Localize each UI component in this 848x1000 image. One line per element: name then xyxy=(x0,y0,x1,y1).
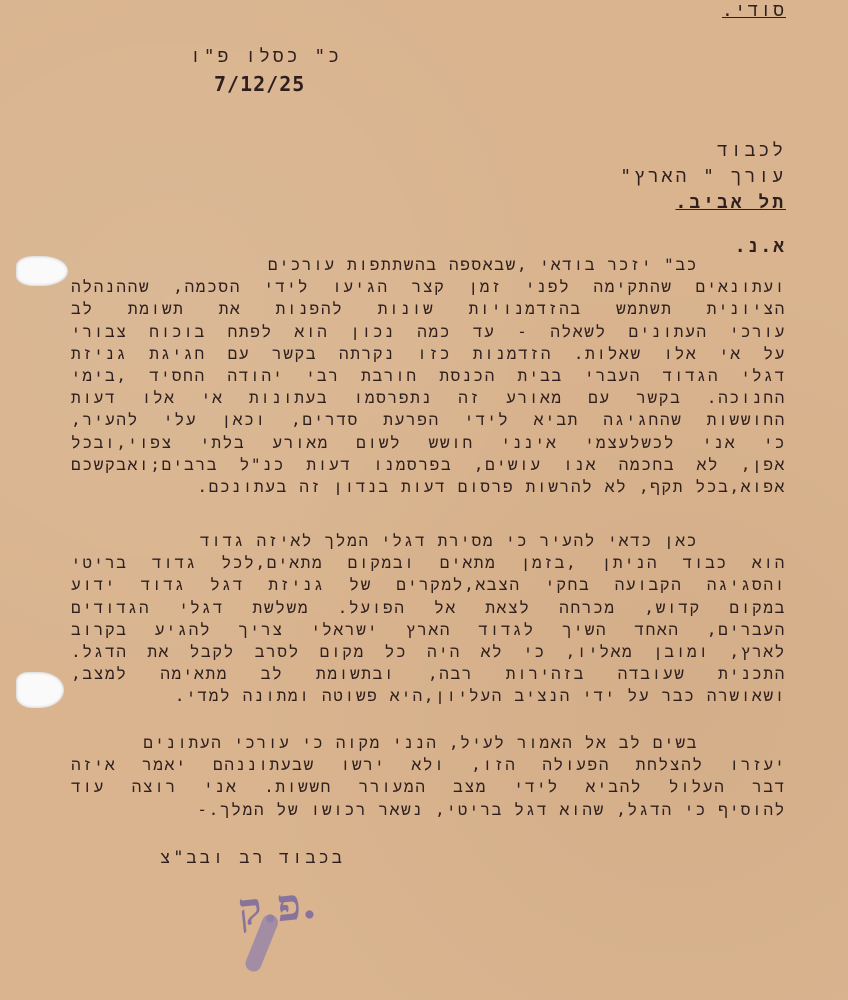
text-line: ושאושרה כבר על ידי הנציב העליון,היא פשוט… xyxy=(71,685,786,707)
text-line: כאן כדאי להעיר כי מסירת דגלי המלך לאיזה … xyxy=(71,530,786,552)
text-line: דבר העלול להביא לידי מצב המעורר חששות. א… xyxy=(71,776,786,798)
text-line: והסגיגה הקבועה בחקי הצבא,למקרים של גניזת… xyxy=(71,574,786,596)
punch-hole xyxy=(16,256,68,286)
classification-label: סודי. xyxy=(722,0,786,22)
recipient-line-1: לכבוד xyxy=(717,140,786,162)
punch-hole xyxy=(16,672,64,708)
text-line: הוא כבוד הניתן ,בזמן מתאים ובמקום מתאים,… xyxy=(71,552,786,574)
stamp-initials: פ.ק. xyxy=(236,877,319,936)
paragraph-1: כב" יזכר בודאי ,שבאספה בהשתתפות עורכיםוע… xyxy=(71,254,786,498)
text-line: כי אני לכשלעצמי אינני חושש לשום מאורע בל… xyxy=(71,432,786,454)
text-line: אפוא,בכל תקף, לא להרשות פרסום דעות בנדון… xyxy=(71,476,786,498)
text-line: עורכי העתונים לשאלה - עד כמה נכון הוא לפ… xyxy=(71,321,786,343)
text-line: להוסיף כי הדגל, שהוא דגל בריטי, נשאר רכו… xyxy=(71,799,786,821)
hebrew-date: כ" כסלו פ"ו xyxy=(190,46,342,68)
recipient-line-2: עורך " הארץ" xyxy=(620,166,786,188)
text-line: הציונית תשתמש בהזדמנויות שונות להפנות את… xyxy=(71,298,786,320)
text-line: על אי אלו שאלות. הזדמנות כזו נקרתה בקשר … xyxy=(71,343,786,365)
text-line: אפן, לא בחכמה אנו עושים, בפרסמנו דעות כנ… xyxy=(71,454,786,476)
text-line: ועתונאים שהתקימה לפני זמן קצר הגיעו לידי… xyxy=(71,276,786,298)
gregorian-date: 7/12/25 xyxy=(214,72,305,96)
text-line: יעזרו להצלחת הפעולה הזו, ולא ירשו שבעתונ… xyxy=(71,754,786,776)
paragraph-2: כאן כדאי להעיר כי מסירת דגלי המלך לאיזה … xyxy=(71,530,786,708)
text-line: דגלי הגדוד העברי בבית הכנסת חורבת רבי יה… xyxy=(71,365,786,387)
text-line: כב" יזכר בודאי ,שבאספה בהשתתפות עורכים xyxy=(71,254,786,276)
text-line: העברים, האחד השיך לגדוד הארץ ישראלי צריך… xyxy=(71,619,786,641)
paragraph-3: בשים לב אל האמור לעיל, הנני מקוה כי עורכ… xyxy=(71,732,786,821)
closing-line: בכבוד רב ובב"צ xyxy=(160,848,345,869)
letter-page: סודי. כ" כסלו פ"ו 7/12/25 לכבוד עורך " ה… xyxy=(0,0,848,1000)
text-line: בשים לב אל האמור לעיל, הנני מקוה כי עורכ… xyxy=(71,732,786,754)
text-line: החוששות שהחגיגה תביא לידי הפרעת סדרים, ו… xyxy=(71,409,786,431)
text-line: התכנית שעובדה בזהירות רבה, ובתשומת לב מת… xyxy=(71,663,786,685)
text-line: לארץ, ומובן מאליו, כי לא היה כל מקום לסר… xyxy=(71,641,786,663)
signature-stamp: פ.ק. xyxy=(236,875,345,975)
text-line: במקום קדוש, מכרחה לצאת אל הפועל. משלשת ד… xyxy=(71,597,786,619)
recipient-line-3: תל אביב. xyxy=(676,192,786,214)
text-line: החנוכה. בקשר עם מאורע זה נתפרסמו בעתונות… xyxy=(71,387,786,409)
